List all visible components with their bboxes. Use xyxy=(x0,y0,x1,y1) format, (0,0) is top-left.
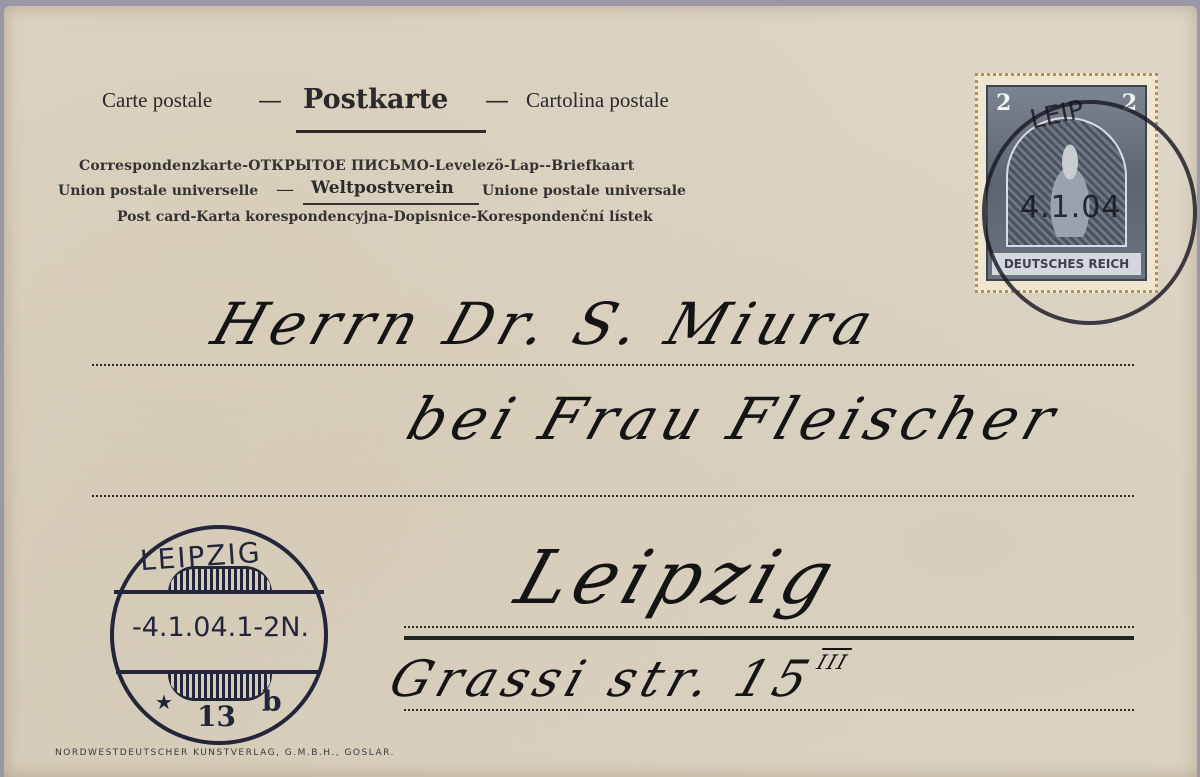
header-title: Postkarte xyxy=(303,84,448,115)
postmark-date: -4.1.04.1-2N. xyxy=(132,612,309,643)
postmark-band-top xyxy=(114,590,324,594)
address-line-3 xyxy=(404,626,1134,628)
weltpostverein-underline xyxy=(303,203,479,205)
handwritten-city: Leipzig xyxy=(506,535,850,621)
header-french: Carte postale xyxy=(102,88,212,113)
subheader-union-french: Union postale universelle xyxy=(58,183,258,199)
address-line-1 xyxy=(92,364,1134,366)
header-dash: — xyxy=(258,86,282,114)
address-line-4 xyxy=(404,709,1134,711)
subheader-languages-2: Post card-Karta korespondencyjna-Dopisni… xyxy=(117,209,653,225)
subheader-weltpostverein: Weltpostverein xyxy=(311,178,454,198)
header-underline xyxy=(296,130,486,133)
postmark-office-number: 13 xyxy=(197,700,236,733)
postmark-hatch-bottom xyxy=(168,674,272,701)
publisher-imprint: NORDWESTDEUTSCHER KUNSTVERLAG, G.M.B.H.,… xyxy=(55,748,395,758)
stamp-value-left: 2 xyxy=(996,90,1011,116)
street-text: Grassi str. 15 xyxy=(383,650,822,708)
stamp-cancellation-date: 4.1.04 xyxy=(1020,190,1121,225)
address-line-2 xyxy=(92,495,1134,497)
subheader-languages-1: Correspondenzkarte-ОТКРЫТОЕ ПИСЬМО-Level… xyxy=(79,158,634,174)
star-icon: ★ xyxy=(155,690,173,714)
subheader-union-italian: Unione postale universale xyxy=(482,183,686,199)
handwritten-street: Grassi str. 15III xyxy=(383,650,852,708)
subheader-dash: — xyxy=(276,179,294,200)
postmark-hatch-top xyxy=(168,566,272,593)
header-italian: Cartolina postale xyxy=(526,88,669,113)
header-dash: — xyxy=(485,86,509,114)
handwritten-care-of: bei Frau Fleischer xyxy=(399,385,1069,453)
handwritten-recipient: Herrn Dr. S. Miura xyxy=(204,290,887,358)
city-underline xyxy=(404,636,1134,640)
postmark-office-letter: b xyxy=(262,685,282,718)
